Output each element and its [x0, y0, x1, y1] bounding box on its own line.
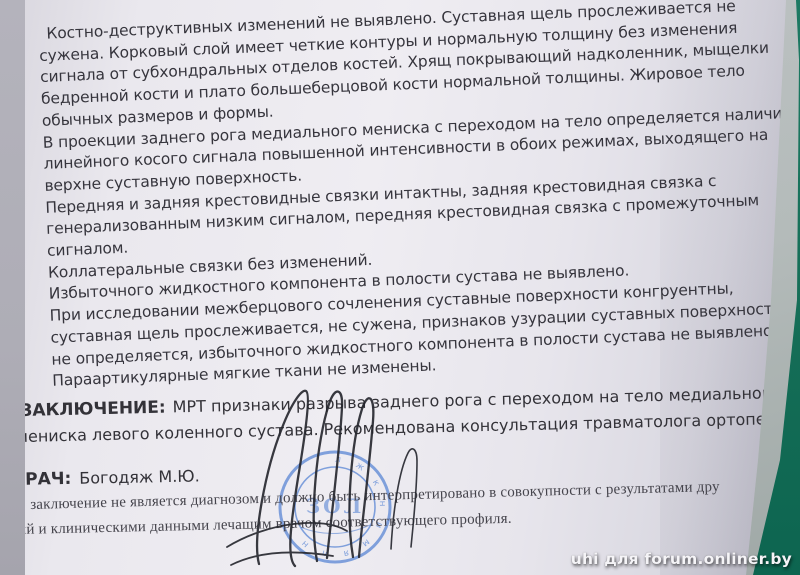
doctor-name: Богодяж М.Ю.	[79, 466, 200, 487]
svg-text:л ж к н и м я л н: л ж к н и м я л н	[295, 455, 387, 560]
report-paper: Костно-деструктивных изменений не выявле…	[0, 0, 800, 575]
forum-watermark: uhi для forum.onliner.by	[571, 550, 792, 568]
disclaimer-line: ий и клиническими данными лечащим врачом…	[18, 511, 512, 539]
report-body: Костно-деструктивных изменений не выявле…	[38, 0, 800, 393]
stamp-rim-text: л ж к н и м я л н	[295, 455, 387, 560]
background-left-strip	[0, 0, 26, 575]
doctor-block: ВРАЧ:Богодяж М.Ю.	[12, 466, 200, 490]
conclusion-label: ЗАКЛЮЧЕНИЕ:	[20, 398, 166, 421]
